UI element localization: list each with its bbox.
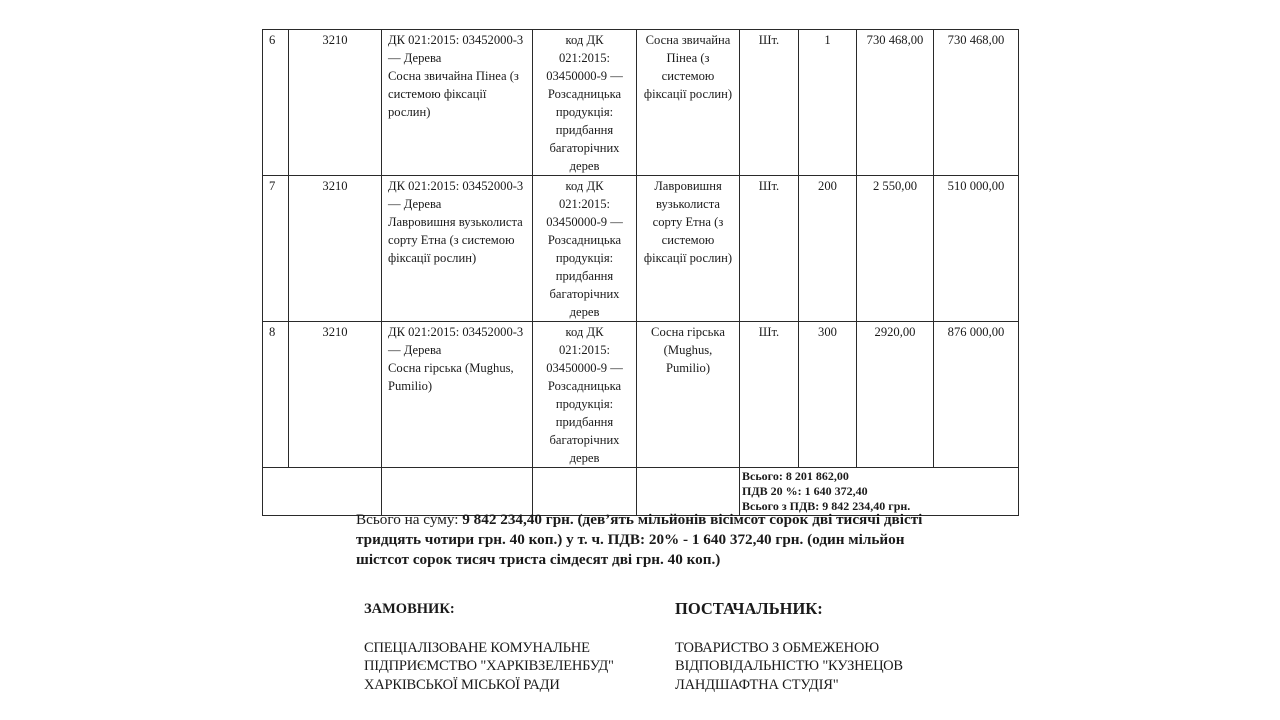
dk-group-description: код ДК 021:2015: 03450000-9 — Розсадниць… (533, 322, 637, 468)
dk-item-description: ДК 021:2015: 03452000-3 — Дерева Сосна з… (382, 30, 533, 176)
item-name: Сосна гірська (Mughus, Pumilio) (637, 322, 740, 468)
totals-empty-cell (533, 468, 637, 516)
totals-summary: Всього: 8 201 862,00 ПДВ 20 %: 1 640 372… (740, 468, 1019, 516)
dk-item-description: ДК 021:2015: 03452000-3 — Дерева Лаврови… (382, 176, 533, 322)
line-sum: 876 000,00 (934, 322, 1019, 468)
supplier-role: ПОСТАЧАЛЬНИК: (675, 600, 1005, 619)
line-sum: 730 468,00 (934, 30, 1019, 176)
dk-group-description: код ДК 021:2015: 03450000-9 — Розсадниць… (533, 30, 637, 176)
quantity: 1 (799, 30, 857, 176)
dk-item-description: ДК 021:2015: 03452000-3 — Дерева Сосна г… (382, 322, 533, 468)
budget-code: 3210 (289, 30, 382, 176)
row-number: 7 (263, 176, 289, 322)
supplier-org-line: ТОВАРИСТВО З ОБМЕЖЕНОЮ (675, 639, 1005, 658)
quantity: 200 (799, 176, 857, 322)
supplier-org-line: ВІДПОВІДАЛЬНІСТЮ "КУЗНЕЦОВ (675, 657, 1005, 676)
dk-group-description: код ДК 021:2015: 03450000-9 — Розсадниць… (533, 176, 637, 322)
customer-org-line: ПІДПРИЄМСТВО "ХАРКІВЗЕЛЕНБУД" (364, 657, 664, 676)
totals-empty-cell (637, 468, 740, 516)
unit-price: 2920,00 (857, 322, 934, 468)
customer-org-line: ХАРКІВСЬКОЇ МІСЬКОЇ РАДИ (364, 676, 664, 695)
unit-price: 730 468,00 (857, 30, 934, 176)
totals-empty-cell (382, 468, 533, 516)
item-name: Сосна звичайна Пінеа (з системою фіксаці… (637, 30, 740, 176)
row-number: 6 (263, 30, 289, 176)
unit: Шт. (740, 30, 799, 176)
document-page: 6 3210 ДК 021:2015: 03452000-3 — Дерева … (0, 0, 1280, 720)
sum-label: Всього на суму: (356, 511, 462, 528)
vat-amount: ПДВ 20 %: 1 640 372,40 (742, 484, 1016, 499)
line-sum: 510 000,00 (934, 176, 1019, 322)
supplier-org-line: ЛАНДШАФТНА СТУДІЯ" (675, 676, 1005, 695)
table-row: 8 3210 ДК 021:2015: 03452000-3 — Дерева … (263, 322, 1019, 468)
specification-table: 6 3210 ДК 021:2015: 03452000-3 — Дерева … (262, 29, 1019, 516)
budget-code: 3210 (289, 176, 382, 322)
table-row: 7 3210 ДК 021:2015: 03452000-3 — Дерева … (263, 176, 1019, 322)
totals-row: Всього: 8 201 862,00 ПДВ 20 %: 1 640 372… (263, 468, 1019, 516)
unit: Шт. (740, 176, 799, 322)
total-sum-paragraph: Всього на суму: 9 842 234,40 грн. (дев’я… (356, 510, 956, 570)
customer-block: ЗАМОВНИК: СПЕЦІАЛІЗОВАНЕ КОМУНАЛЬНЕ ПІДП… (364, 600, 664, 694)
unit-price: 2 550,00 (857, 176, 934, 322)
unit: Шт. (740, 322, 799, 468)
item-name: Лавровишня вузьколиста сорту Етна (з сис… (637, 176, 740, 322)
total-without-vat: Всього: 8 201 862,00 (742, 469, 1016, 484)
customer-org-line: СПЕЦІАЛІЗОВАНЕ КОМУНАЛЬНЕ (364, 639, 664, 658)
quantity: 300 (799, 322, 857, 468)
budget-code: 3210 (289, 322, 382, 468)
table-row: 6 3210 ДК 021:2015: 03452000-3 — Дерева … (263, 30, 1019, 176)
row-number: 8 (263, 322, 289, 468)
totals-empty-cell (263, 468, 382, 516)
customer-role: ЗАМОВНИК: (364, 600, 664, 619)
supplier-block: ПОСТАЧАЛЬНИК: ТОВАРИСТВО З ОБМЕЖЕНОЮ ВІД… (675, 600, 1005, 694)
